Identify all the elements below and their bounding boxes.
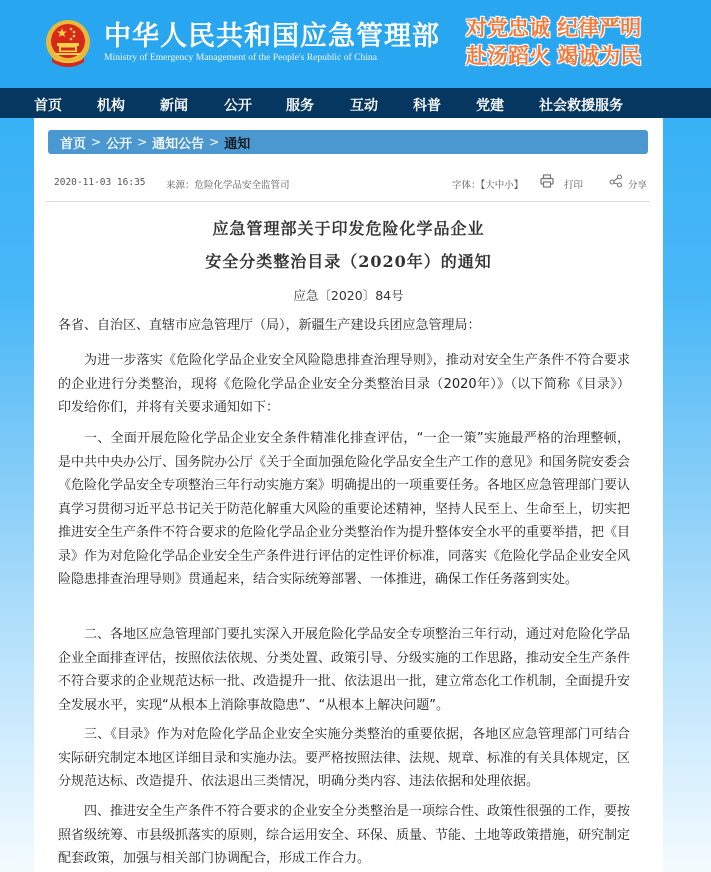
site-header: 中华人民共和国应急管理部 Ministry of Emergency Manag…	[0, 0, 711, 88]
document-number: 应急〔2020〕84号	[34, 286, 663, 304]
breadcrumb-separator: >	[209, 135, 219, 149]
main-nav: 首页 机构 新闻 公开 服务 互动 科普 党建 社会救援服务	[0, 88, 711, 118]
nav-item-science[interactable]: 科普	[413, 95, 441, 115]
breadcrumb-home[interactable]: 首页	[60, 133, 86, 152]
article-title-line-2: 安全分类整治目录（2020年）的通知	[34, 249, 663, 272]
nav-item-news[interactable]: 新闻	[160, 95, 188, 115]
paragraph-4: 四、推进安全生产条件不符合要求的企业安全分类整治是一项综合性、政策性很强的工作，…	[58, 800, 630, 871]
nav-item-organization[interactable]: 机构	[97, 95, 125, 115]
nav-item-party[interactable]: 党建	[476, 95, 504, 115]
breadcrumb-current[interactable]: 通知	[224, 133, 250, 152]
site-title[interactable]: 中华人民共和国应急管理部	[104, 14, 440, 53]
breadcrumb-public[interactable]: 公开	[106, 133, 132, 152]
slogan: 对党忠诚 纪律严明 赴汤蹈火 竭诚为民	[466, 14, 641, 70]
paragraph-1: 一、全面开展危险化学品企业安全条件精准化排查评估，“一企一策”实施最严格的治理整…	[58, 427, 630, 592]
paragraph-intro: 为进一步落实《危险化学品企业安全风险隐患排查治理导则》，推动对安全生产条件不符合…	[58, 349, 630, 420]
salutation: 各省、自治区、直辖市应急管理厅（局），新疆生产建设兵团应急管理局：	[58, 314, 630, 338]
slogan-line-1: 对党忠诚 纪律严明	[466, 14, 641, 42]
article-source: 来源：危险化学品安全监管司	[166, 177, 290, 191]
nav-item-home[interactable]: 首页	[34, 95, 62, 115]
nav-item-services[interactable]: 服务	[286, 95, 314, 115]
share-button[interactable]: 分享	[628, 177, 647, 191]
content-panel: 首页 > 公开 > 通知公告 > 通知 2020-11-03 16:35 来源：…	[34, 118, 663, 872]
print-button[interactable]: 打印	[564, 177, 583, 191]
breadcrumb: 首页 > 公开 > 通知公告 > 通知	[48, 130, 648, 154]
font-size-control[interactable]: 字体：【大中小】	[452, 177, 523, 191]
share-icon[interactable]	[609, 174, 623, 188]
article-title-line-1: 应急管理部关于印发危险化学品企业	[34, 216, 663, 239]
slogan-line-2: 赴汤蹈火 竭诚为民	[466, 42, 641, 70]
paragraph-3: 三、《目录》作为对危险化学品企业安全实施分类整治的重要依据，各地区应急管理部门可…	[58, 723, 630, 794]
nav-item-public[interactable]: 公开	[224, 95, 252, 115]
nav-item-social-rescue[interactable]: 社会救援服务	[539, 95, 623, 115]
publish-date: 2020-11-03 16:35	[54, 177, 146, 188]
site-subtitle: Ministry of Emergency Management of the …	[104, 52, 377, 63]
breadcrumb-notices[interactable]: 通知公告	[152, 133, 204, 152]
printer-icon[interactable]	[540, 174, 554, 188]
article-meta: 2020-11-03 16:35 来源：危险化学品安全监管司 字体：【大中小】 …	[46, 170, 650, 202]
breadcrumb-separator: >	[137, 135, 147, 149]
national-emblem-icon[interactable]	[44, 18, 92, 70]
nav-item-interaction[interactable]: 互动	[350, 95, 378, 115]
paragraph-2: 二、各地区应急管理部门要扎实深入开展危险化学品安全专项整治三年行动，通过对危险化…	[58, 623, 630, 717]
breadcrumb-separator: >	[91, 135, 101, 149]
